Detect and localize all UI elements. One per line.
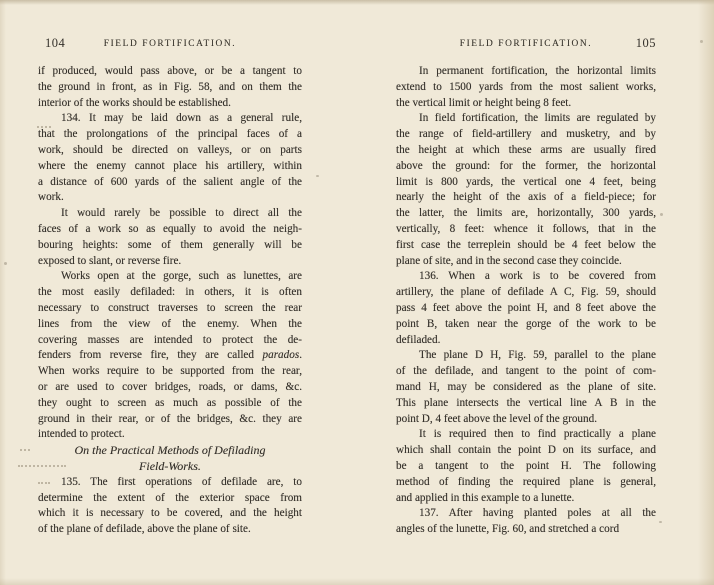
text-line: angles of the lunette, Fig. 60, and stre… — [396, 522, 656, 538]
text-line: On the Practical Methods of Defilading — [38, 443, 302, 459]
paragraph: 136. When a work is to be covered fromar… — [396, 269, 656, 348]
text-line: 135. The first operations of defilade ar… — [38, 475, 302, 491]
text-line: lines from the view of the enemy. When t… — [38, 317, 302, 333]
text-line: When works require to be supported from … — [38, 364, 302, 380]
text-line: intended to protect. — [38, 427, 302, 443]
page-header: 104 FIELD FORTIFICATION. — [38, 39, 302, 55]
text-line: pass 4 feet above the point H, and 8 fee… — [396, 301, 656, 317]
text-line: the most easily defiladed: in others, it… — [38, 285, 302, 301]
text-line: the vertical limit or height being 8 fee… — [396, 96, 656, 112]
text-line: be a tangent to the point H. The followi… — [396, 459, 656, 475]
page-number: 105 — [636, 36, 656, 51]
paragraph: 134. It may be laid down as a general ru… — [38, 111, 302, 206]
scan-speck — [659, 521, 662, 523]
text-line: In field fortification, the limits are r… — [396, 111, 656, 127]
text-line: The plane D H, Fig. 59, parallel to the … — [396, 348, 656, 364]
text-line: which it is necessary to be covered, and… — [38, 506, 302, 522]
page-header: 105 FIELD FORTIFICATION. — [396, 39, 656, 55]
text-line: faces of a work so as equally to avoid t… — [38, 222, 302, 238]
text-line: and applied in this example to a lunette… — [396, 491, 656, 507]
text-line: if produced, would pass above, or be a t… — [38, 64, 302, 80]
text-line: defiladed. — [396, 333, 656, 349]
italic-term: parados — [263, 349, 300, 361]
text-line: plane of site, and in the second case th… — [396, 254, 656, 270]
text-line: 136. When a work is to be covered from — [396, 269, 656, 285]
text-line: the height at which these arms are usual… — [396, 143, 656, 159]
paragraph: 137. After having planted poles at all t… — [396, 506, 656, 538]
paragraph: Works open at the gorge, such as lunette… — [38, 269, 302, 443]
paragraph: The plane D H, Fig. 59, parallel to the … — [396, 348, 656, 427]
scan-speck — [660, 213, 663, 216]
text-line: point D, 4 feet above the level of the g… — [396, 412, 656, 428]
text-line: method of finding the required plane is … — [396, 475, 656, 491]
text-line: It would rarely be possible to direct al… — [38, 206, 302, 222]
text-line: exposed to slant, or reverse fire. — [38, 254, 302, 270]
scan-edge-shadow-top — [0, 0, 714, 5]
running-header: FIELD FORTIFICATION. — [396, 39, 656, 49]
scan-edge-shadow-right — [698, 0, 714, 585]
text-segment: fenders from reverse fire, they are call… — [38, 349, 263, 361]
text-line: In permanent fortification, the horizont… — [396, 64, 656, 80]
scan-artifact — [20, 449, 30, 451]
scan-speck — [316, 175, 319, 177]
scan-edge-shadow-left — [0, 0, 6, 585]
text-line: ground in their rear, or of the bridges,… — [38, 412, 302, 428]
text-line: a distance of 600 yards of the salient a… — [38, 175, 302, 191]
text-line: work. — [38, 190, 302, 206]
text-line: the ground in front, as in Fig. 58, and … — [38, 80, 302, 96]
text-line: work, should be directed on valleys, or … — [38, 143, 302, 159]
text-line: 134. It may be laid down as a general ru… — [38, 111, 302, 127]
text-line: Field-Works. — [38, 459, 302, 475]
text-line: of the plane of defilade, above the plan… — [38, 522, 302, 538]
text-line: Works open at the gorge, such as lunette… — [38, 269, 302, 285]
paragraph: It is required then to find practically … — [396, 427, 656, 506]
right-page: 105 FIELD FORTIFICATION. In permanent fo… — [396, 0, 656, 585]
text-line: interior of the works should be establis… — [38, 96, 302, 112]
text-line: above the ground: for the former, the ho… — [396, 159, 656, 175]
text-line: necessary to construct traverses to scre… — [38, 301, 302, 317]
text-line: This plane intersects the vertical line … — [396, 396, 656, 412]
text-line: limit is 800 yards, the vertical one 4 f… — [396, 175, 656, 191]
scan-edge-shadow-bottom — [0, 578, 714, 585]
text-line: point B, taken near the gorge of the wor… — [396, 317, 656, 333]
paragraph: In permanent fortification, the horizont… — [396, 64, 656, 111]
paragraph: In field fortification, the limits are r… — [396, 111, 656, 269]
text-line: or are used to cover bridges, roads, or … — [38, 380, 302, 396]
text-line: It is required then to find practically … — [396, 427, 656, 443]
text-line: covering masses are intended to protect … — [38, 333, 302, 349]
text-line: which shall contain the point D on its s… — [396, 443, 656, 459]
text-line: first case the terreplein should be 4 fe… — [396, 238, 656, 254]
running-header: FIELD FORTIFICATION. — [38, 39, 302, 49]
text-line: mand H, may be considered as the plane o… — [396, 380, 656, 396]
book-spread: 104 FIELD FORTIFICATION. if produced, wo… — [0, 0, 714, 585]
section-heading: On the Practical Methods of DefiladingFi… — [38, 443, 302, 475]
text-line: artillery, the plane of defilade A C, Fi… — [396, 285, 656, 301]
text-line: the range of field-artillery and musketr… — [396, 127, 656, 143]
text-line: where the enemy cannot place his artille… — [38, 159, 302, 175]
text-line: the latter, the limits are, horizontally… — [396, 206, 656, 222]
text-line: they ought to screen as much as possible… — [38, 396, 302, 412]
text-line: fenders from reverse fire, they are call… — [38, 348, 302, 364]
paragraph: It would rarely be possible to direct al… — [38, 206, 302, 269]
text-line: nearly the height of the axis of a field… — [396, 190, 656, 206]
page-number: 104 — [45, 36, 65, 51]
text-line: extend to 1500 yards from the most salie… — [396, 80, 656, 96]
text-line: determine the extent of the exterior spa… — [38, 491, 302, 507]
text-line: vertically, 8 feet: whence it follows, t… — [396, 222, 656, 238]
paragraph: if produced, would pass above, or be a t… — [38, 64, 302, 111]
page-body: In permanent fortification, the horizont… — [396, 64, 656, 538]
text-line: 137. After having planted poles at all t… — [396, 506, 656, 522]
text-line: bouring heights: some of them generally … — [38, 238, 302, 254]
text-line: that the prolongations of the principal … — [38, 127, 302, 143]
text-segment: . — [299, 349, 302, 361]
paragraph: 135. The first operations of defilade ar… — [38, 475, 302, 538]
text-line: of the defilade, and tangent to the poin… — [396, 364, 656, 380]
left-page: 104 FIELD FORTIFICATION. if produced, wo… — [38, 0, 302, 585]
page-body: if produced, would pass above, or be a t… — [38, 64, 302, 538]
